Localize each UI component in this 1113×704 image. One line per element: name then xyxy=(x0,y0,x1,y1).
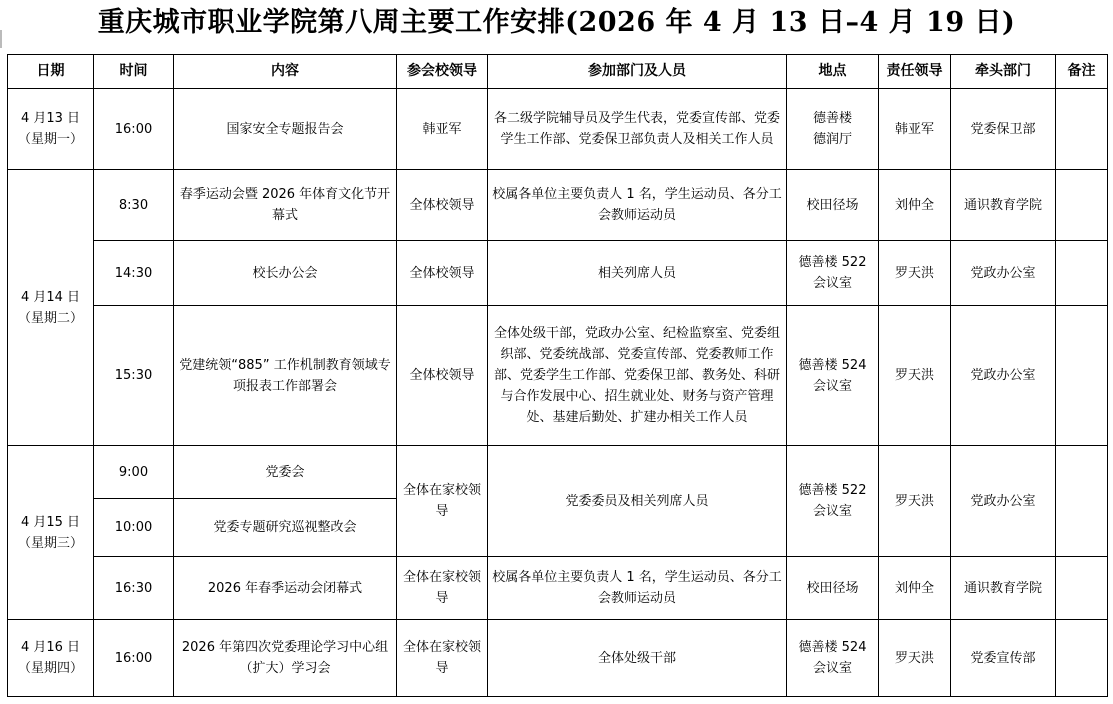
location-room: 德润厅 xyxy=(791,129,874,150)
lead-department-cell: 党委保卫部 xyxy=(951,89,1056,170)
responsible-leader-cell: 刘仲全 xyxy=(879,557,951,620)
responsible-leader-cell: 罗天洪 xyxy=(879,620,951,697)
date-cell: 4 月16 日 （星期四） xyxy=(8,620,94,697)
school-leaders-cell: 全体校领导 xyxy=(397,170,488,241)
header-participants: 参加部门及人员 xyxy=(488,55,787,89)
school-leaders-cell: 全体在家校领导 xyxy=(397,557,488,620)
header-row: 日期 时间 内容 参会校领导 参加部门及人员 地点 责任领导 牵头部门 备注 xyxy=(8,55,1108,89)
remarks-cell xyxy=(1056,89,1108,170)
participants-cell: 党委委员及相关列席人员 xyxy=(488,446,787,557)
table-row: 14:30 校长办公会 全体校领导 相关列席人员 德善楼 522 会议室 罗天洪… xyxy=(8,241,1108,306)
responsible-leader-cell: 刘仲全 xyxy=(879,170,951,241)
weekday-text: （星期一） xyxy=(12,129,89,150)
location-cell: 德善楼 德润厅 xyxy=(787,89,879,170)
header-remarks: 备注 xyxy=(1056,55,1108,89)
lead-department-cell: 通识教育学院 xyxy=(951,170,1056,241)
date-text: 4 月14 日 xyxy=(12,287,89,308)
weekday-text: （星期三） xyxy=(12,533,89,554)
location-room: 会议室 xyxy=(791,658,874,679)
weekday-text: （星期二） xyxy=(12,308,89,329)
location-room: 会议室 xyxy=(791,273,874,294)
time-cell: 10:00 xyxy=(94,499,174,557)
lead-department-cell: 党政办公室 xyxy=(951,446,1056,557)
location-cell: 校田径场 xyxy=(787,170,879,241)
date-cell: 4 月13 日 （星期一） xyxy=(8,89,94,170)
time-cell: 16:30 xyxy=(94,557,174,620)
location-cell: 校田径场 xyxy=(787,557,879,620)
remarks-cell xyxy=(1056,241,1108,306)
lead-department-cell: 党政办公室 xyxy=(951,306,1056,446)
location-building: 校田径场 xyxy=(791,195,874,216)
responsible-leader-cell: 罗天洪 xyxy=(879,446,951,557)
header-school-leaders: 参会校领导 xyxy=(397,55,488,89)
remarks-cell xyxy=(1056,620,1108,697)
responsible-leader-cell: 韩亚军 xyxy=(879,89,951,170)
location-room: 会议室 xyxy=(791,376,874,397)
location-building: 德善楼 522 xyxy=(791,480,874,501)
content-cell: 党建统领“885” 工作机制教育领域专项报表工作部署会 xyxy=(174,306,397,446)
participants-cell: 全体处级干部，党政办公室、纪检监察室、党委组织部、党委统战部、党委宣传部、党委教… xyxy=(488,306,787,446)
responsible-leader-cell: 罗天洪 xyxy=(879,306,951,446)
header-responsible-leader: 责任领导 xyxy=(879,55,951,89)
table-row: 15:30 党建统领“885” 工作机制教育领域专项报表工作部署会 全体校领导 … xyxy=(8,306,1108,446)
remarks-cell xyxy=(1056,557,1108,620)
location-cell: 德善楼 524 会议室 xyxy=(787,620,879,697)
content-cell: 党委会 xyxy=(174,446,397,499)
time-cell: 16:00 xyxy=(94,620,174,697)
location-building: 德善楼 524 xyxy=(791,637,874,658)
location-cell: 德善楼 522 会议室 xyxy=(787,241,879,306)
time-cell: 15:30 xyxy=(94,306,174,446)
header-time: 时间 xyxy=(94,55,174,89)
school-leaders-cell: 全体在家校领导 xyxy=(397,620,488,697)
remarks-cell xyxy=(1056,170,1108,241)
participants-cell: 校属各单位主要负责人 1 名，学生运动员、各分工会教师运动员 xyxy=(488,557,787,620)
location-building: 校田径场 xyxy=(791,578,874,599)
time-cell: 8:30 xyxy=(94,170,174,241)
time-cell: 14:30 xyxy=(94,241,174,306)
time-cell: 9:00 xyxy=(94,446,174,499)
header-lead-department: 牵头部门 xyxy=(951,55,1056,89)
school-leaders-cell: 韩亚军 xyxy=(397,89,488,170)
lead-department-cell: 党委宣传部 xyxy=(951,620,1056,697)
lead-department-cell: 通识教育学院 xyxy=(951,557,1056,620)
participants-cell: 校属各单位主要负责人 1 名，学生运动员、各分工会教师运动员 xyxy=(488,170,787,241)
school-leaders-cell: 全体校领导 xyxy=(397,306,488,446)
location-cell: 德善楼 522 会议室 xyxy=(787,446,879,557)
location-building: 德善楼 xyxy=(791,108,874,129)
header-location: 地点 xyxy=(787,55,879,89)
date-cell: 4 月15 日 （星期三） xyxy=(8,446,94,620)
content-cell: 校长办公会 xyxy=(174,241,397,306)
content-cell: 国家安全专题报告会 xyxy=(174,89,397,170)
content-cell: 党委专题研究巡视整改会 xyxy=(174,499,397,557)
participants-cell: 全体处级干部 xyxy=(488,620,787,697)
date-text: 4 月13 日 xyxy=(12,108,89,129)
table-row: 4 月14 日 （星期二） 8:30 春季运动会暨 2026 年体育文化节开幕式… xyxy=(8,170,1108,241)
time-cell: 16:00 xyxy=(94,89,174,170)
school-leaders-cell: 全体校领导 xyxy=(397,241,488,306)
date-text: 4 月15 日 xyxy=(12,512,89,533)
lead-department-cell: 党政办公室 xyxy=(951,241,1056,306)
header-date: 日期 xyxy=(8,55,94,89)
location-cell: 德善楼 524 会议室 xyxy=(787,306,879,446)
date-text: 4 月16 日 xyxy=(12,637,89,658)
table-row: 4 月13 日 （星期一） 16:00 国家安全专题报告会 韩亚军 各二级学院辅… xyxy=(8,89,1108,170)
participants-cell: 各二级学院辅导员及学生代表，党委宣传部、党委学生工作部、党委保卫部负责人及相关工… xyxy=(488,89,787,170)
content-cell: 春季运动会暨 2026 年体育文化节开幕式 xyxy=(174,170,397,241)
location-building: 德善楼 522 xyxy=(791,252,874,273)
responsible-leader-cell: 罗天洪 xyxy=(879,241,951,306)
date-cell: 4 月14 日 （星期二） xyxy=(8,170,94,446)
participants-cell: 相关列席人员 xyxy=(488,241,787,306)
table-row: 4 月16 日 （星期四） 16:00 2026 年第四次党委理论学习中心组（扩… xyxy=(8,620,1108,697)
content-cell: 2026 年第四次党委理论学习中心组（扩大）学习会 xyxy=(174,620,397,697)
school-leaders-cell: 全体在家校领导 xyxy=(397,446,488,557)
table-row: 16:30 2026 年春季运动会闭幕式 全体在家校领导 校属各单位主要负责人 … xyxy=(8,557,1108,620)
header-content: 内容 xyxy=(174,55,397,89)
table-row: 4 月15 日 （星期三） 9:00 党委会 全体在家校领导 党委委员及相关列席… xyxy=(8,446,1108,499)
remarks-cell xyxy=(1056,306,1108,446)
content-cell: 2026 年春季运动会闭幕式 xyxy=(174,557,397,620)
location-room: 会议室 xyxy=(791,501,874,522)
location-building: 德善楼 524 xyxy=(791,355,874,376)
document-title: 重庆城市职业学院第八周主要工作安排(2026 年 4 月 13 日–4 月 19… xyxy=(0,2,1113,50)
weekday-text: （星期四） xyxy=(12,658,89,679)
remarks-cell xyxy=(1056,446,1108,557)
schedule-table: 日期 时间 内容 参会校领导 参加部门及人员 地点 责任领导 牵头部门 备注 4… xyxy=(7,54,1108,697)
